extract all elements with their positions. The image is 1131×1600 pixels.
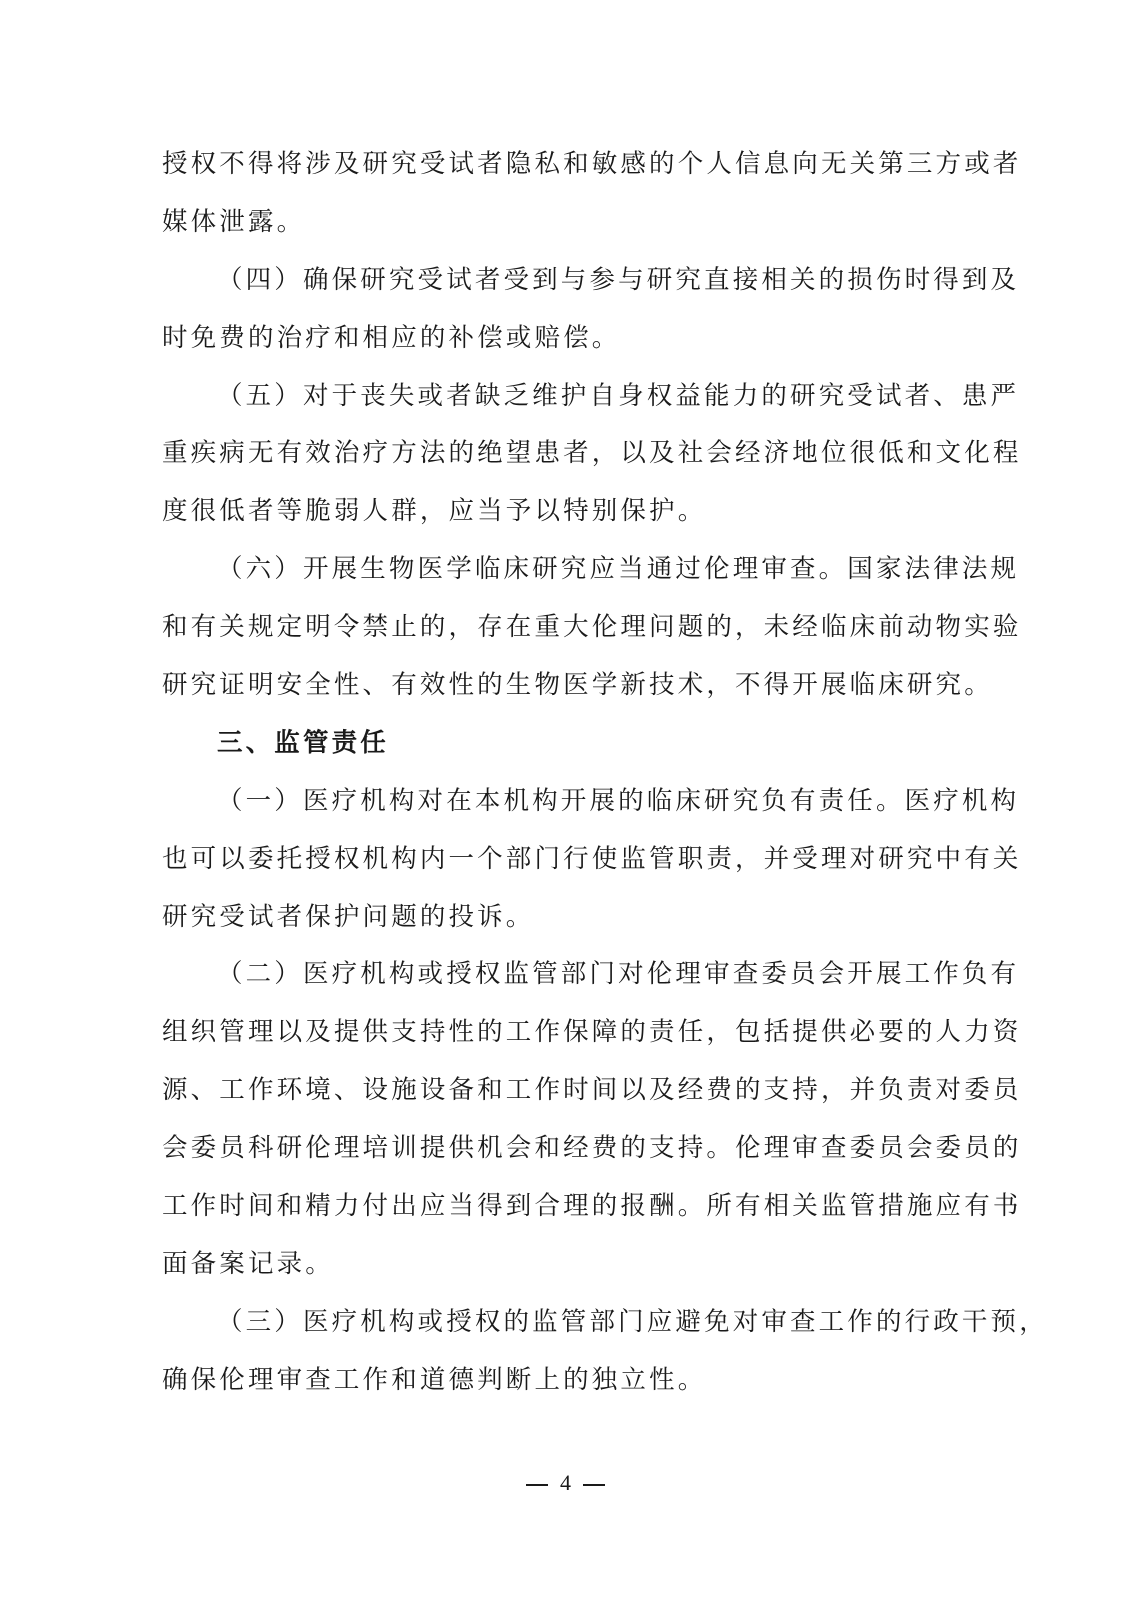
list-item-2-line: 工作时间和精力付出应当得到合理的报酬。所有相关监管措施应有书: [162, 1178, 968, 1236]
list-item-5-line: 度很低者等脆弱人群，应当予以特别保护。: [162, 483, 968, 541]
list-item-1-line: 也可以委托授权机构内一个部门行使监管职责，并受理对研究中有关: [162, 831, 968, 889]
list-item-6-line: 研究证明安全性、有效性的生物医学新技术，不得开展临床研究。: [162, 657, 968, 715]
list-item-1-line: 研究受试者保护问题的投诉。: [162, 889, 968, 947]
list-item-2-line: 组织管理以及提供支持性的工作保障的责任，包括提供必要的人力资: [162, 1004, 968, 1062]
dash-right-icon: [583, 1484, 605, 1486]
paragraph-line: 媒体泄露。: [162, 194, 968, 252]
list-item-4-line: （四）确保研究受试者受到与参与研究直接相关的损伤时得到及: [162, 252, 968, 310]
list-item-2-line: 源、工作环境、设施设备和工作时间以及经费的支持，并负责对委员: [162, 1062, 968, 1120]
list-item-2-line: 面备案记录。: [162, 1236, 968, 1294]
dash-left-icon: [526, 1484, 548, 1486]
document-body: 授权不得将涉及研究受试者隐私和敏感的个人信息向无关第三方或者 媒体泄露。 （四）…: [162, 136, 968, 1410]
list-item-4-line: 时免费的治疗和相应的补偿或赔偿。: [162, 310, 968, 368]
list-item-2-line: 会委员科研伦理培训提供机会和经费的支持。伦理审查委员会委员的: [162, 1120, 968, 1178]
list-item-1-line: （一）医疗机构对在本机构开展的临床研究负有责任。医疗机构: [162, 773, 968, 831]
page-number-value: 4: [560, 1470, 571, 1495]
page-number: 4: [0, 1466, 1131, 1500]
list-item-6-line: （六）开展生物医学临床研究应当通过伦理审查。国家法律法规: [162, 541, 968, 599]
list-item-6-line: 和有关规定明令禁止的，存在重大伦理问题的，未经临床前动物实验: [162, 599, 968, 657]
list-item-5-line: （五）对于丧失或者缺乏维护自身权益能力的研究受试者、患严: [162, 368, 968, 426]
section-heading: 三、监管责任: [162, 715, 968, 773]
document-page: 授权不得将涉及研究受试者隐私和敏感的个人信息向无关第三方或者 媒体泄露。 （四）…: [0, 0, 1131, 1600]
paragraph-line: 授权不得将涉及研究受试者隐私和敏感的个人信息向无关第三方或者: [162, 136, 968, 194]
list-item-5-line: 重疾病无有效治疗方法的绝望患者，以及社会经济地位很低和文化程: [162, 425, 968, 483]
list-item-3-line: 确保伦理审查工作和道德判断上的独立性。: [162, 1352, 968, 1410]
list-item-3-line: （三）医疗机构或授权的监管部门应避免对审查工作的行政干预，: [162, 1294, 968, 1352]
list-item-2-line: （二）医疗机构或授权监管部门对伦理审查委员会开展工作负有: [162, 946, 968, 1004]
